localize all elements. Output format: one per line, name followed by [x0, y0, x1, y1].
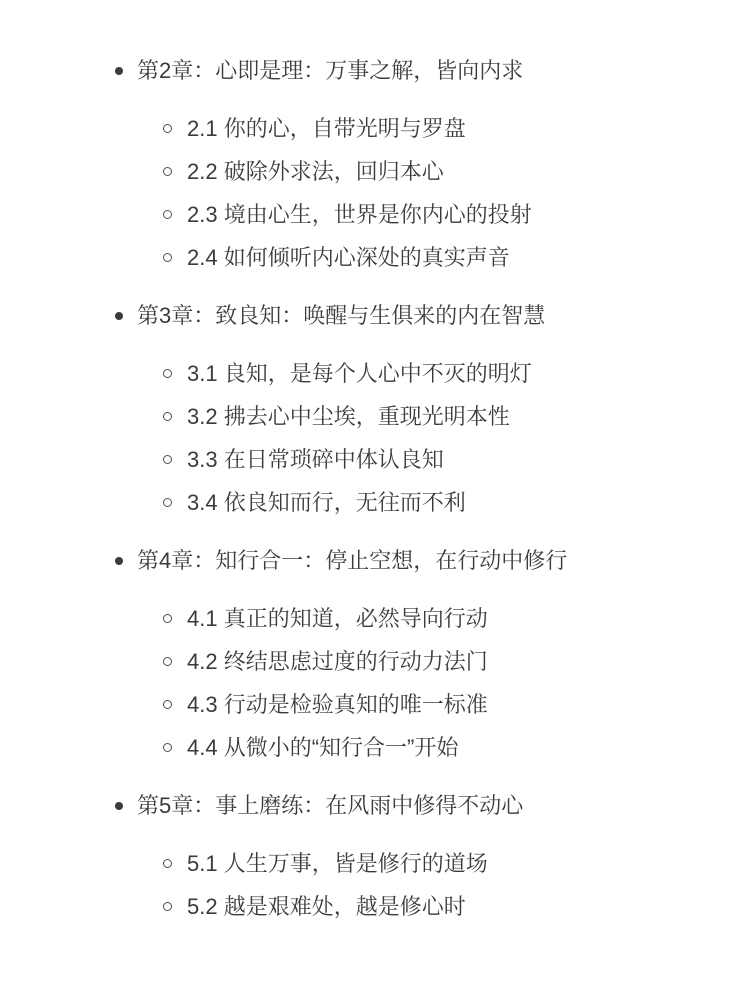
- section-list: 2.1 你的心，自带光明与罗盘 2.2 破除外求法，回归本心 2.3 境由心生，…: [137, 112, 750, 275]
- toc-section-item: 3.1 良知，是每个人心中不灭的明灯: [187, 357, 750, 391]
- section-title: 3.3 在日常琐碎中体认良知: [187, 447, 444, 472]
- toc-chapter-item: 第3章：致良知：唤醒与生俱来的内在智慧 3.1 良知，是每个人心中不灭的明灯 3…: [137, 299, 750, 520]
- section-title: 4.4 从微小的“知行合一”开始: [187, 735, 458, 760]
- toc-chapter-item: 第4章：知行合一：停止空想，在行动中修行 4.1 真正的知道，必然导向行动 4.…: [137, 544, 750, 765]
- section-title: 2.1 你的心，自带光明与罗盘: [187, 116, 466, 141]
- toc-section-item: 4.2 终结思虑过度的行动力法门: [187, 645, 750, 679]
- toc-section-item: 4.3 行动是检验真知的唯一标准: [187, 688, 750, 722]
- toc-list: 第2章：心即是理：万事之解，皆向内求 2.1 你的心，自带光明与罗盘 2.2 破…: [0, 54, 750, 924]
- section-title: 3.1 良知，是每个人心中不灭的明灯: [187, 361, 532, 386]
- section-title: 2.4 如何倾听内心深处的真实声音: [187, 245, 510, 270]
- toc-chapter-item: 第5章：事上磨练：在风雨中修得不动心 5.1 人生万事，皆是修行的道场 5.2 …: [137, 789, 750, 924]
- document-page: 第2章：心即是理：万事之解，皆向内求 2.1 你的心，自带光明与罗盘 2.2 破…: [0, 0, 750, 924]
- toc-section-item: 4.4 从微小的“知行合一”开始: [187, 731, 750, 765]
- section-title: 4.1 真正的知道，必然导向行动: [187, 606, 488, 631]
- section-title: 2.2 破除外求法，回归本心: [187, 159, 444, 184]
- toc-section-item: 3.3 在日常琐碎中体认良知: [187, 443, 750, 477]
- section-list: 3.1 良知，是每个人心中不灭的明灯 3.2 拂去心中尘埃，重现光明本性 3.3…: [137, 357, 750, 520]
- toc-chapter-item: 第2章：心即是理：万事之解，皆向内求 2.1 你的心，自带光明与罗盘 2.2 破…: [137, 54, 750, 275]
- section-title: 3.4 依良知而行，无往而不利: [187, 490, 466, 515]
- section-title: 3.2 拂去心中尘埃，重现光明本性: [187, 404, 510, 429]
- section-list: 4.1 真正的知道，必然导向行动 4.2 终结思虑过度的行动力法门 4.3 行动…: [137, 602, 750, 765]
- section-title: 4.3 行动是检验真知的唯一标准: [187, 692, 488, 717]
- toc-section-item: 2.2 破除外求法，回归本心: [187, 155, 750, 189]
- toc-section-item: 5.1 人生万事，皆是修行的道场: [187, 847, 750, 881]
- toc-section-item: 2.1 你的心，自带光明与罗盘: [187, 112, 750, 146]
- toc-section-item: 2.3 境由心生，世界是你内心的投射: [187, 198, 750, 232]
- section-title: 5.2 越是艰难处，越是修心时: [187, 894, 466, 919]
- toc-section-item: 3.2 拂去心中尘埃，重现光明本性: [187, 400, 750, 434]
- chapter-title: 第3章：致良知：唤醒与生俱来的内在智慧: [137, 303, 545, 328]
- section-title: 2.3 境由心生，世界是你内心的投射: [187, 202, 532, 227]
- chapter-title: 第4章：知行合一：停止空想，在行动中修行: [137, 548, 567, 573]
- toc-section-item: 5.2 越是艰难处，越是修心时: [187, 890, 750, 924]
- chapter-title: 第2章：心即是理：万事之解，皆向内求: [137, 58, 523, 83]
- chapter-title: 第5章：事上磨练：在风雨中修得不动心: [137, 793, 523, 818]
- section-list: 5.1 人生万事，皆是修行的道场 5.2 越是艰难处，越是修心时: [137, 847, 750, 924]
- toc-section-item: 3.4 依良知而行，无往而不利: [187, 486, 750, 520]
- toc-section-item: 4.1 真正的知道，必然导向行动: [187, 602, 750, 636]
- section-title: 4.2 终结思虑过度的行动力法门: [187, 649, 488, 674]
- section-title: 5.1 人生万事，皆是修行的道场: [187, 851, 488, 876]
- toc-section-item: 2.4 如何倾听内心深处的真实声音: [187, 241, 750, 275]
